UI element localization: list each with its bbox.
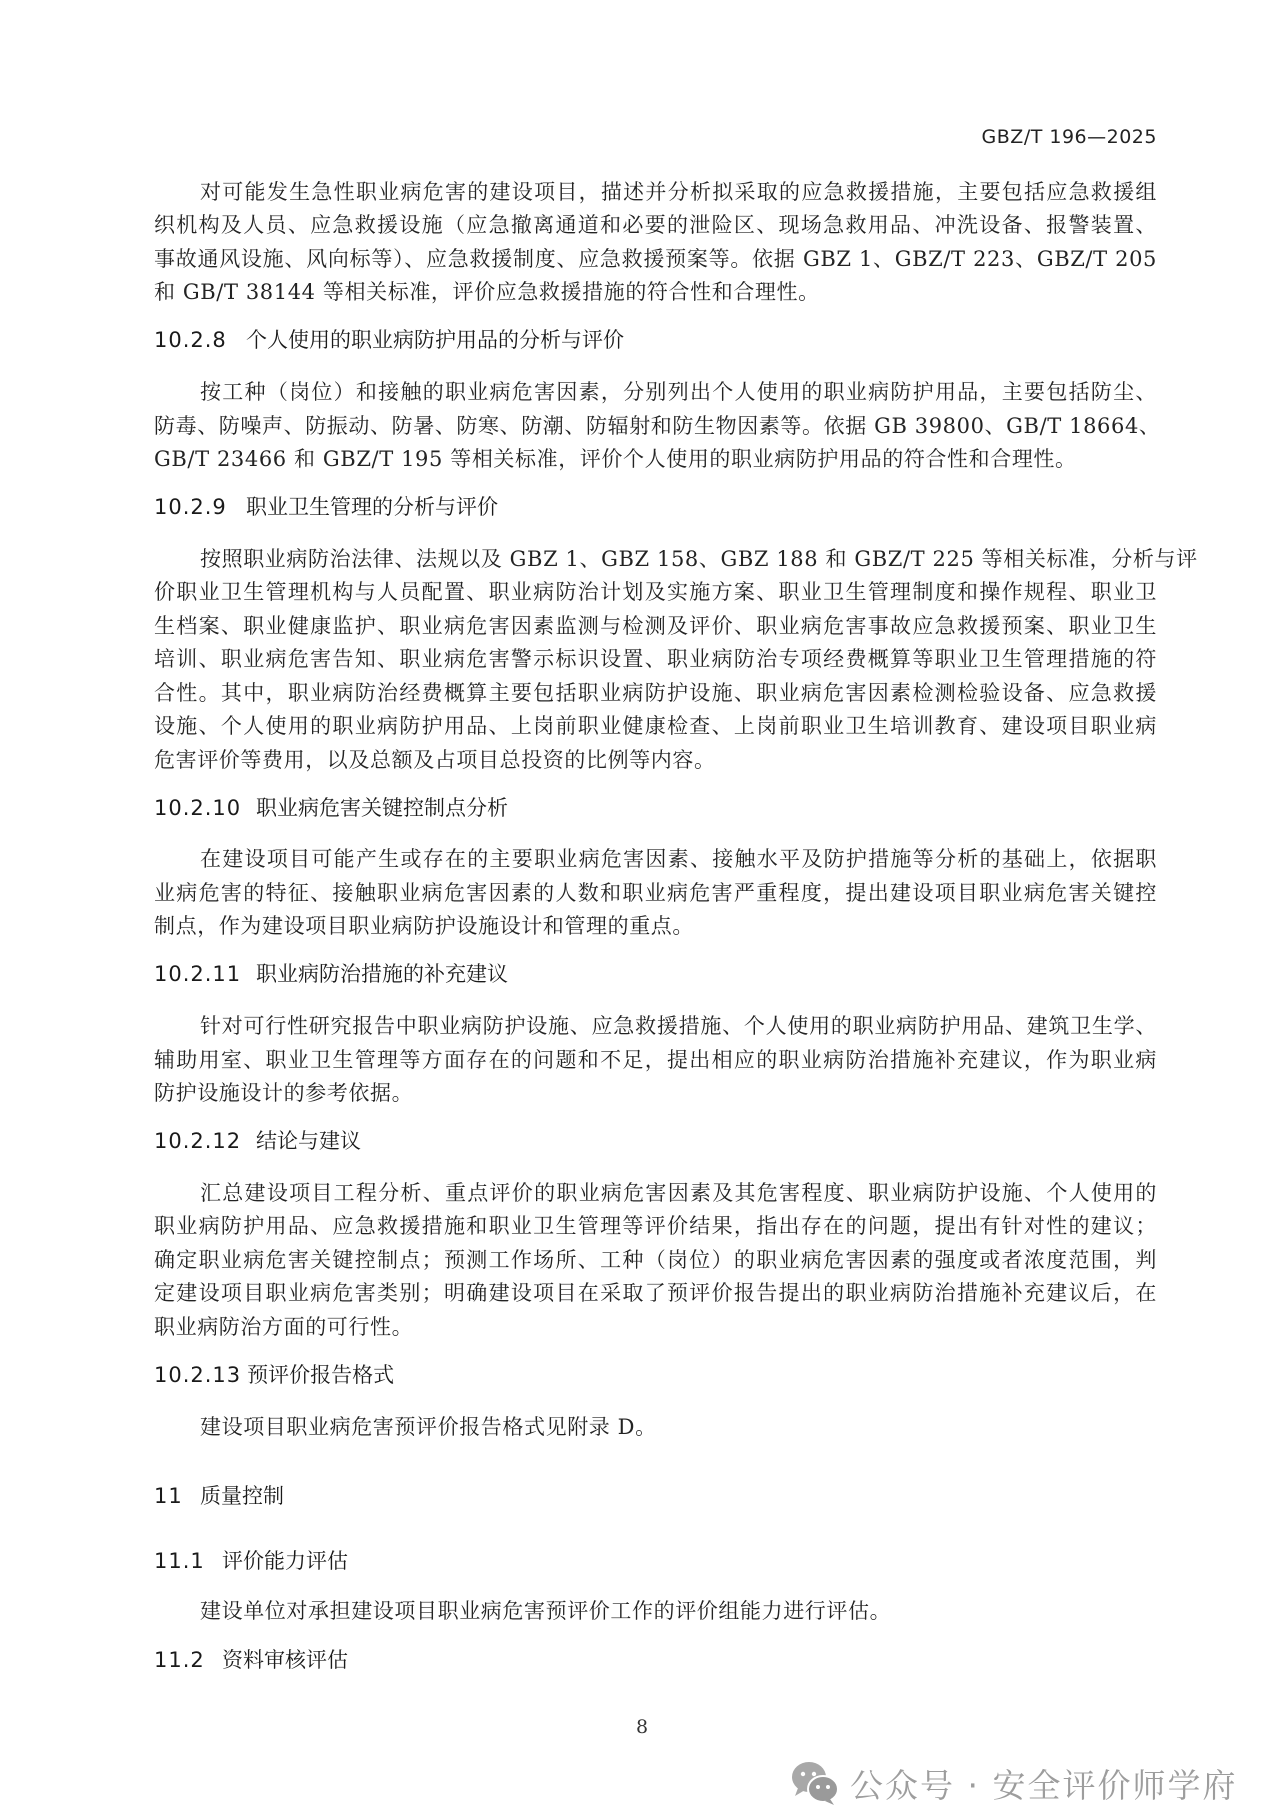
- section-heading-10-2-10: 10.2.10职业病危害关键控制点分析: [154, 792, 1157, 825]
- text-line: 和 GB/T 38144 等相关标准，评价应急救援措施的符合性和合理性。: [154, 276, 1157, 309]
- text-line: 对可能发生急性职业病危害的建设项目，描述并分析拟采取的应急救援措施，主要包括应急…: [154, 176, 1157, 209]
- text-line: 按照职业病防治法律、法规以及 GBZ 1、GBZ 158、GBZ 188 和 G…: [154, 543, 1157, 576]
- text-line: 建设单位对承担建设项目职业病危害预评价工作的评价组能力进行评估。: [154, 1595, 1157, 1628]
- section-title: 职业病防治措施的补充建议: [256, 962, 508, 986]
- text-line: 生档案、职业健康监护、职业病危害因素监测与检测及评价、职业病危害事故应急救援预案…: [154, 610, 1157, 643]
- paragraph-ppe: 按工种（岗位）和接触的职业病危害因素，分别列出个人使用的职业病防护用品，主要包括…: [154, 376, 1157, 476]
- section-title: 预评价报告格式: [247, 1363, 394, 1387]
- section-title: 质量控制: [200, 1484, 284, 1508]
- paragraph-supplementary-suggestions: 针对可行性研究报告中职业病防护设施、应急救援措施、个人使用的职业病防护用品、建筑…: [154, 1010, 1157, 1110]
- document-page: GBZ/T 196—2025 对可能发生急性职业病危害的建设项目，描述并分析拟采…: [0, 0, 1280, 1810]
- section-number: 10.2.11: [154, 958, 256, 991]
- paragraph-emergency-rescue: 对可能发生急性职业病危害的建设项目，描述并分析拟采取的应急救援措施，主要包括应急…: [154, 176, 1157, 310]
- watermark-text: 公众号 · 安全评价师学府: [850, 1760, 1237, 1807]
- text-line: 织机构及人员、应急救援设施（应急撤离通道和必要的泄险区、现场急救用品、冲洗设备、…: [154, 209, 1157, 242]
- text-line: 定建设项目职业病危害类别；明确建设项目在采取了预评价报告提出的职业病防治措施补充…: [154, 1277, 1157, 1310]
- paragraph-conclusions: 汇总建设项目工程分析、重点评价的职业病危害因素及其危害程度、职业病防护设施、个人…: [154, 1177, 1157, 1344]
- document-body: 对可能发生急性职业病危害的建设项目，描述并分析拟采取的应急救援措施，主要包括应急…: [154, 176, 1157, 1696]
- text-line: 设施、个人使用的职业病防护用品、上岗前职业健康检查、上岗前职业卫生培训教育、建设…: [154, 710, 1157, 743]
- text-line: 职业病防护用品、应急救援措施和职业卫生管理等评价结果，指出存在的问题，提出有针对…: [154, 1210, 1157, 1243]
- text-line: 在建设项目可能产生或存在的主要职业病危害因素、接触水平及防护措施等分析的基础上，…: [154, 843, 1157, 876]
- text-line: 业病危害的特征、接触职业病危害因素的人数和职业病危害严重程度，提出建设项目职业病…: [154, 877, 1157, 910]
- text-line: 按工种（岗位）和接触的职业病危害因素，分别列出个人使用的职业病防护用品，主要包括…: [154, 376, 1157, 409]
- section-number: 11.1: [154, 1545, 222, 1578]
- section-number: 10.2.9: [154, 491, 246, 524]
- text-line: 职业病防治方面的可行性。: [154, 1311, 1157, 1344]
- text-line: GB/T 23466 和 GBZ/T 195 等相关标准，评价个人使用的职业病防…: [154, 443, 1157, 476]
- text-line: 防护设施设计的参考依据。: [154, 1077, 1157, 1110]
- standard-code-header: GBZ/T 196—2025: [982, 123, 1157, 151]
- section-title: 资料审核评估: [222, 1648, 348, 1672]
- section-title: 职业病危害关键控制点分析: [256, 796, 508, 820]
- section-title: 个人使用的职业病防护用品的分析与评价: [246, 328, 624, 352]
- section-title: 评价能力评估: [222, 1549, 348, 1573]
- section-heading-11: 11质量控制: [154, 1480, 1157, 1513]
- section-heading-10-2-8: 10.2.8个人使用的职业病防护用品的分析与评价: [154, 324, 1157, 357]
- paragraph-occupational-health-management: 按照职业病防治法律、法规以及 GBZ 1、GBZ 158、GBZ 188 和 G…: [154, 543, 1157, 777]
- paragraph-report-format: 建设项目职业病危害预评价报告格式见附录 D。: [154, 1411, 1157, 1444]
- section-heading-10-2-11: 10.2.11职业病防治措施的补充建议: [154, 958, 1157, 991]
- text-line: 事故通风设施、风向标等）、应急救援制度、应急救援预案等。依据 GBZ 1、GBZ…: [154, 243, 1157, 276]
- section-number: 10.2.13: [154, 1359, 241, 1392]
- wechat-watermark: 公众号 · 安全评价师学府: [790, 1760, 1237, 1806]
- section-heading-10-2-9: 10.2.9职业卫生管理的分析与评价: [154, 491, 1157, 524]
- text-line: 建设项目职业病危害预评价报告格式见附录 D。: [154, 1411, 1157, 1444]
- text-line: 针对可行性研究报告中职业病防护设施、应急救援措施、个人使用的职业病防护用品、建筑…: [154, 1010, 1157, 1043]
- text-line: 危害评价等费用，以及总额及占项目总投资的比例等内容。: [154, 744, 1157, 777]
- text-line: 制点，作为建设项目职业病防护设施设计和管理的重点。: [154, 910, 1157, 943]
- section-number: 10.2.8: [154, 324, 246, 357]
- text-line: 汇总建设项目工程分析、重点评价的职业病危害因素及其危害程度、职业病防护设施、个人…: [154, 1177, 1157, 1210]
- paragraph-capability-assessment: 建设单位对承担建设项目职业病危害预评价工作的评价组能力进行评估。: [154, 1595, 1157, 1628]
- section-heading-11-2: 11.2资料审核评估: [154, 1644, 1157, 1677]
- section-heading-10-2-12: 10.2.12结论与建议: [154, 1125, 1157, 1158]
- section-number: 11: [154, 1480, 200, 1513]
- text-line: 确定职业病危害关键控制点；预测工作场所、工种（岗位）的职业病危害因素的强度或者浓…: [154, 1244, 1157, 1277]
- section-heading-10-2-13: 10.2.13预评价报告格式: [154, 1359, 1157, 1392]
- text-line: 价职业卫生管理机构与人员配置、职业病防治计划及实施方案、职业卫生管理制度和操作规…: [154, 576, 1157, 609]
- text-line: 培训、职业病危害告知、职业病危害警示标识设置、职业病防治专项经费概算等职业卫生管…: [154, 643, 1157, 676]
- text-line: 合性。其中，职业病防治经费概算主要包括职业病防护设施、职业病危害因素检测检验设备…: [154, 677, 1157, 710]
- text-line: 辅助用室、职业卫生管理等方面存在的问题和不足，提出相应的职业病防治措施补充建议，…: [154, 1044, 1157, 1077]
- section-title: 职业卫生管理的分析与评价: [246, 495, 498, 519]
- section-number: 10.2.12: [154, 1125, 256, 1158]
- section-title: 结论与建议: [256, 1129, 361, 1153]
- text-line: 防毒、防噪声、防振动、防暑、防寒、防潮、防辐射和防生物因素等。依据 GB 398…: [154, 410, 1157, 443]
- section-number: 11.2: [154, 1644, 222, 1677]
- page-number: 8: [636, 1716, 648, 1738]
- section-number: 10.2.10: [154, 792, 256, 825]
- paragraph-key-control-points: 在建设项目可能产生或存在的主要职业病危害因素、接触水平及防护措施等分析的基础上，…: [154, 843, 1157, 943]
- section-heading-11-1: 11.1评价能力评估: [154, 1545, 1157, 1578]
- wechat-icon: [790, 1760, 840, 1806]
